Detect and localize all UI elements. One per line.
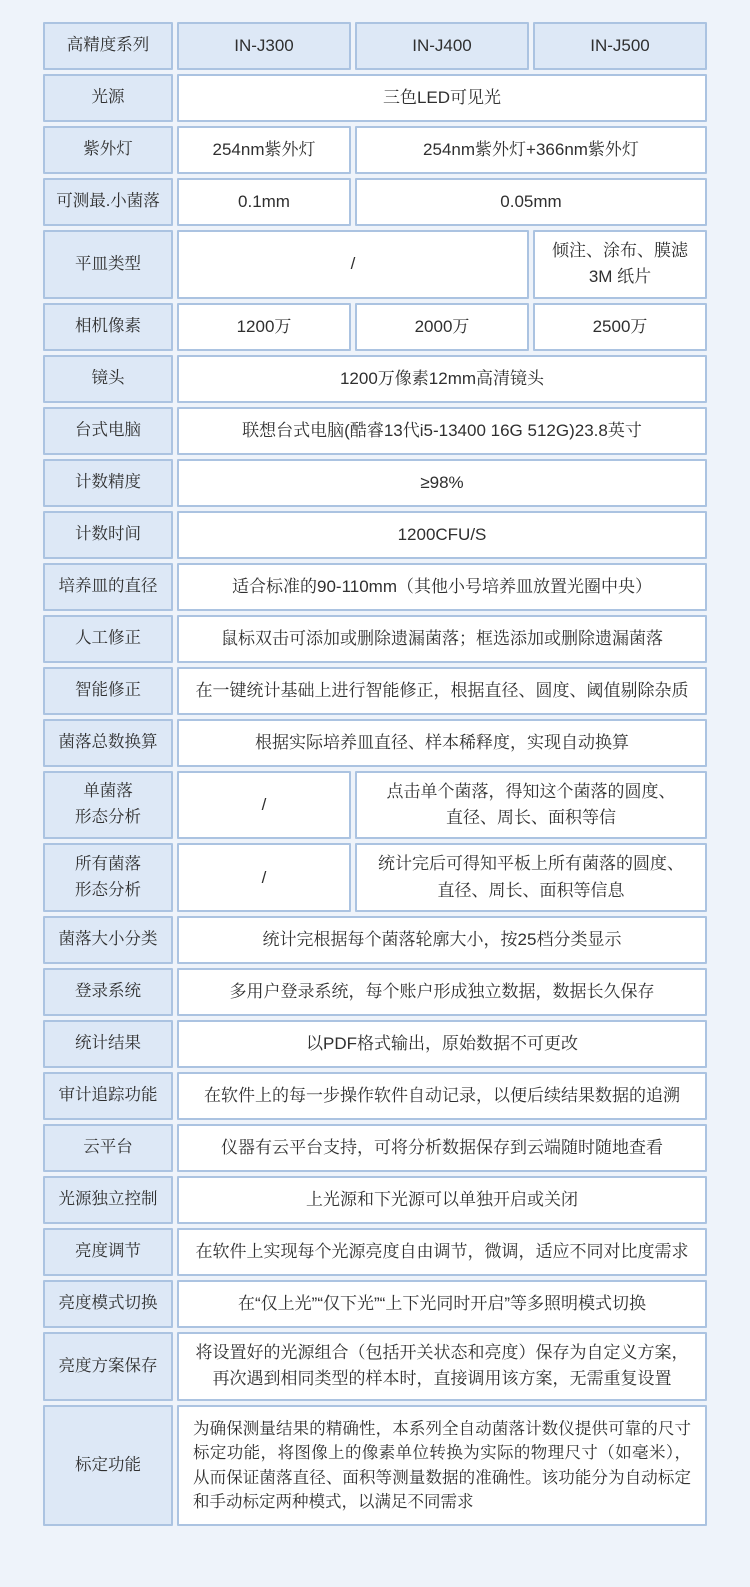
row-label: 所有菌落 形态分析 [43,843,173,912]
row-label: 审计追踪功能 [43,1072,173,1120]
spec-value-cell: 仪器有云平台支持，可将分析数据保存到云端随时随地查看 [177,1124,707,1172]
table-row: 标定功能为确保测量结果的精确性，本系列全自动菌落计数仪提供可靠的尺寸标定功能，将… [43,1405,707,1527]
spec-value-cell: 在“仅上光”“仅下光”“上下光同时开启”等多照明模式切换 [177,1280,707,1328]
spec-value-cell: 1200万像素12mm高清镜头 [177,355,707,403]
spec-value-cell: 在软件上的每一步操作软件自动记录，以便后续结果数据的追溯 [177,1072,707,1120]
row-label: 紫外灯 [43,126,173,174]
row-label: 培养皿的直径 [43,563,173,611]
spec-value-cell: 三色LED可见光 [177,74,707,122]
table-row: 光源三色LED可见光 [43,74,707,122]
spec-value-cell: 根据实际培养皿直径、样本稀释度，实现自动换算 [177,719,707,767]
spec-value-cell: IN-J500 [533,22,707,70]
row-label: 菌落大小分类 [43,916,173,964]
row-label: 标定功能 [43,1405,173,1527]
spec-value-cell: 254nm紫外灯+366nm紫外灯 [355,126,707,174]
spec-value-cell: 鼠标双击可添加或删除遗漏菌落；框选添加或删除遗漏菌落 [177,615,707,663]
spec-value-cell: 0.05mm [355,178,707,226]
table-row: 菌落大小分类统计完根据每个菌落轮廓大小，按25档分类显示 [43,916,707,964]
spec-value-cell: 在软件上实现每个光源亮度自由调节，微调，适应不同对比度需求 [177,1228,707,1276]
row-label: 镜头 [43,355,173,403]
spec-value-cell: 0.1mm [177,178,351,226]
row-label: 亮度方案保存 [43,1332,173,1401]
row-label: 亮度模式切换 [43,1280,173,1328]
spec-value-cell: 为确保测量结果的精确性，本系列全自动菌落计数仪提供可靠的尺寸标定功能，将图像上的… [177,1405,707,1527]
row-label: 光源 [43,74,173,122]
spec-value-cell: 1200CFU/S [177,511,707,559]
spec-value-cell: 在一键统计基础上进行智能修正，根据直径、圆度、阈值剔除杂质 [177,667,707,715]
spec-value-cell: 点击单个菌落，得知这个菌落的圆度、 直径、周长、面积等信 [355,771,707,840]
table-row: 计数时间1200CFU/S [43,511,707,559]
table-row: 高精度系列IN-J300IN-J400IN-J500 [43,22,707,70]
table-row: 登录系统多用户登录系统，每个账户形成独立数据，数据长久保存 [43,968,707,1016]
spec-table: 高精度系列IN-J300IN-J400IN-J500光源三色LED可见光紫外灯2… [39,18,711,1530]
spec-value-cell: / [177,771,351,840]
row-label: 计数精度 [43,459,173,507]
spec-value-cell: / [177,843,351,912]
spec-value-cell: 统计完后可得知平板上所有菌落的圆度、 直径、周长、面积等信息 [355,843,707,912]
table-row: 可测最.小菌落0.1mm0.05mm [43,178,707,226]
spec-value-cell: 多用户登录系统，每个账户形成独立数据，数据长久保存 [177,968,707,1016]
table-row: 光源独立控制上光源和下光源可以单独开启或关闭 [43,1176,707,1224]
table-row: 培养皿的直径适合标准的90-110mm（其他小号培养皿放置光圈中央） [43,563,707,611]
table-row: 相机像素1200万2000万2500万 [43,303,707,351]
table-row: 计数精度≥98% [43,459,707,507]
row-label: 计数时间 [43,511,173,559]
table-row: 单菌落 形态分析/点击单个菌落，得知这个菌落的圆度、 直径、周长、面积等信 [43,771,707,840]
table-row: 统计结果以PDF格式输出，原始数据不可更改 [43,1020,707,1068]
spec-value-cell: 254nm紫外灯 [177,126,351,174]
spec-value-cell: 1200万 [177,303,351,351]
row-label: 平皿类型 [43,230,173,299]
table-row: 人工修正鼠标双击可添加或删除遗漏菌落；框选添加或删除遗漏菌落 [43,615,707,663]
spec-table-body: 高精度系列IN-J300IN-J400IN-J500光源三色LED可见光紫外灯2… [43,22,707,1526]
spec-value-cell: 将设置好的光源组合（包括开关状态和亮度）保存为自定义方案，再次遇到相同类型的样本… [177,1332,707,1401]
spec-value-cell: / [177,230,529,299]
table-row: 台式电脑联想台式电脑(酷睿13代i5-13400 16G 512G)23.8英寸 [43,407,707,455]
spec-value-cell: 统计完根据每个菌落轮廓大小，按25档分类显示 [177,916,707,964]
spec-value-cell: IN-J300 [177,22,351,70]
table-row: 镜头1200万像素12mm高清镜头 [43,355,707,403]
table-row: 云平台仪器有云平台支持，可将分析数据保存到云端随时随地查看 [43,1124,707,1172]
row-label: 智能修正 [43,667,173,715]
table-row: 智能修正在一键统计基础上进行智能修正，根据直径、圆度、阈值剔除杂质 [43,667,707,715]
table-row: 审计追踪功能在软件上的每一步操作软件自动记录，以便后续结果数据的追溯 [43,1072,707,1120]
spec-value-cell: 联想台式电脑(酷睿13代i5-13400 16G 512G)23.8英寸 [177,407,707,455]
spec-value-cell: 2500万 [533,303,707,351]
row-label: 可测最.小菌落 [43,178,173,226]
spec-value-cell: 倾注、涂布、膜滤 3M 纸片 [533,230,707,299]
row-label: 单菌落 形态分析 [43,771,173,840]
spec-value-cell: 2000万 [355,303,529,351]
table-row: 亮度调节在软件上实现每个光源亮度自由调节，微调，适应不同对比度需求 [43,1228,707,1276]
spec-value-cell: 适合标准的90-110mm（其他小号培养皿放置光圈中央） [177,563,707,611]
table-row: 亮度方案保存将设置好的光源组合（包括开关状态和亮度）保存为自定义方案，再次遇到相… [43,1332,707,1401]
table-row: 紫外灯254nm紫外灯254nm紫外灯+366nm紫外灯 [43,126,707,174]
row-label: 亮度调节 [43,1228,173,1276]
row-label: 菌落总数换算 [43,719,173,767]
table-row: 所有菌落 形态分析/统计完后可得知平板上所有菌落的圆度、 直径、周长、面积等信息 [43,843,707,912]
row-label: 登录系统 [43,968,173,1016]
row-label: 人工修正 [43,615,173,663]
spec-value-cell: 上光源和下光源可以单独开启或关闭 [177,1176,707,1224]
spec-value-cell: IN-J400 [355,22,529,70]
row-label: 云平台 [43,1124,173,1172]
table-row: 菌落总数换算根据实际培养皿直径、样本稀释度，实现自动换算 [43,719,707,767]
row-label: 统计结果 [43,1020,173,1068]
row-label: 相机像素 [43,303,173,351]
row-label: 光源独立控制 [43,1176,173,1224]
spec-sheet-page: 高精度系列IN-J300IN-J400IN-J500光源三色LED可见光紫外灯2… [0,0,750,1587]
spec-value-cell: 以PDF格式输出，原始数据不可更改 [177,1020,707,1068]
row-label: 高精度系列 [43,22,173,70]
spec-value-cell: ≥98% [177,459,707,507]
row-label: 台式电脑 [43,407,173,455]
table-row: 亮度模式切换在“仅上光”“仅下光”“上下光同时开启”等多照明模式切换 [43,1280,707,1328]
table-row: 平皿类型/倾注、涂布、膜滤 3M 纸片 [43,230,707,299]
